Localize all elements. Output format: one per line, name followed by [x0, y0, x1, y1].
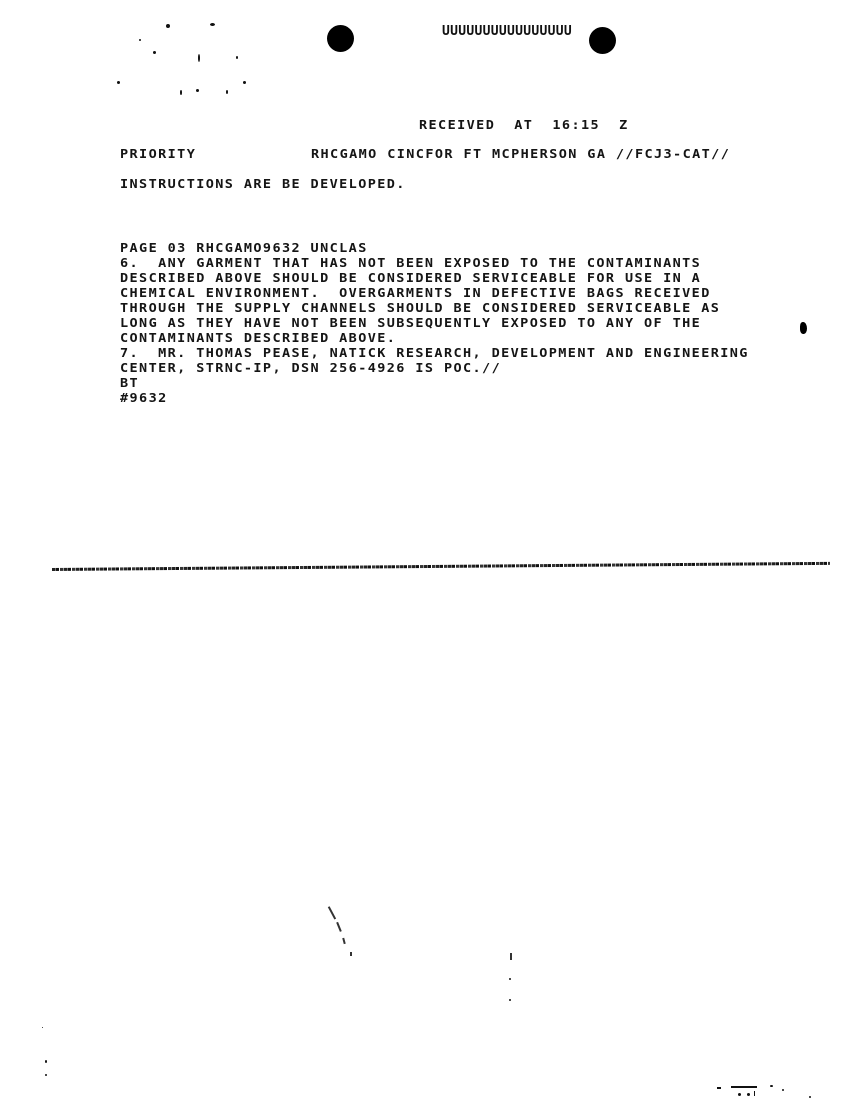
message-line: CONTAMINANTS DESCRIBED ABOVE. — [120, 332, 396, 346]
message-line: THROUGH THE SUPPLY CHANNELS SHOULD BE CO… — [120, 302, 720, 316]
scanned-teletype-page: UUUUUUUUUUUUUUUU RECEIVED AT 16:15 Z PRI… — [0, 0, 850, 1106]
received-timestamp: RECEIVED AT 16:15 Z — [419, 119, 629, 133]
margin-mark — [800, 322, 807, 334]
punch-hole-left — [327, 25, 354, 52]
message-line: CHEMICAL ENVIRONMENT. OVERGARMENTS IN DE… — [120, 287, 711, 301]
priority-label: PRIORITY — [120, 148, 196, 162]
routing-line: RHCGAMO CINCFOR FT MCPHERSON GA //FCJ3-C… — [311, 148, 730, 162]
message-serial: #9632 — [120, 392, 168, 406]
message-line: 7. MR. THOMAS PEASE, NATICK RESEARCH, DE… — [120, 347, 749, 361]
message-line: LONG AS THEY HAVE NOT BEEN SUBSEQUENTLY … — [120, 317, 701, 331]
message-line: CENTER, STRNC-IP, DSN 256-4926 IS POC.// — [120, 362, 501, 376]
teletype-u-strip: UUUUUUUUUUUUUUUU — [442, 24, 572, 39]
message-line: 6. ANY GARMENT THAT HAS NOT BEEN EXPOSED… — [120, 257, 701, 271]
message-page-header: PAGE 03 RHCGAMO9632 UNCLAS — [120, 242, 368, 256]
page-divider-noise — [52, 562, 830, 571]
end-marker: BT — [120, 377, 139, 391]
message-line: DESCRIBED ABOVE SHOULD BE CONSIDERED SER… — [120, 272, 701, 286]
punch-hole-right — [589, 27, 616, 54]
instructions-line: INSTRUCTIONS ARE BE DEVELOPED. — [120, 178, 406, 192]
